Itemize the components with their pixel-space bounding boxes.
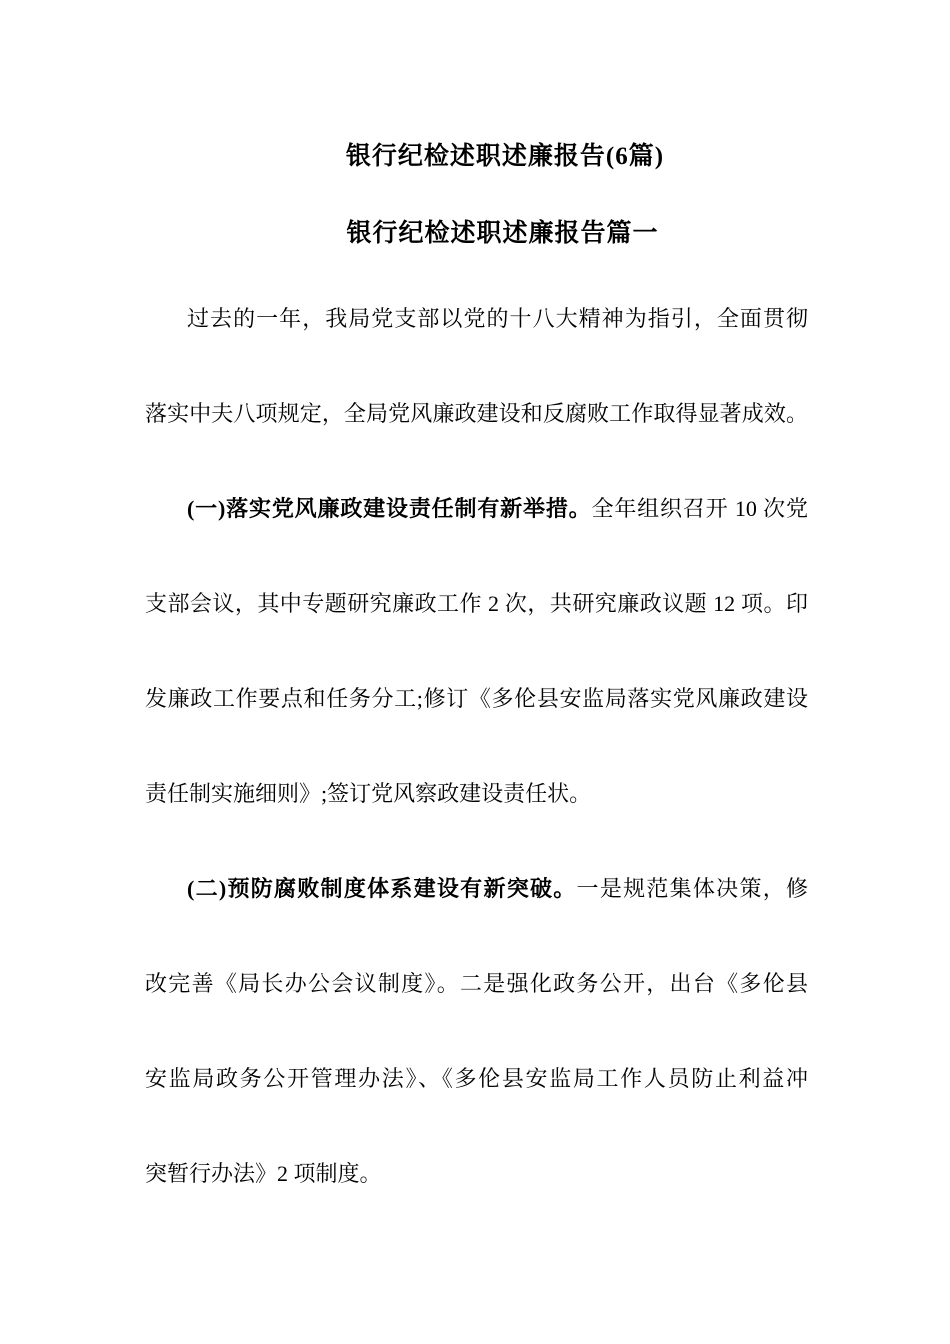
section-title: 银行纪检述职述廉报告篇一: [55, 218, 950, 250]
text-run: 支部会议，其中专题研究廉政工作 2 次，共研究廉政议题 12 项。印: [145, 591, 808, 616]
text-line: 改完善《局长办公会议制度》。二是强化政务公开，出台《多伦县: [145, 936, 808, 1031]
text-run: 全年组织召开 10 次党: [591, 496, 808, 521]
bold-run: (一)落实党风廉政建设责任制有新举措。: [187, 496, 591, 521]
text-run: 改完善《局长办公会议制度》。二是强化政务公开，出台《多伦县: [145, 971, 808, 996]
text-line: 过去的一年，我局党支部以党的十八大精神为指引，全面贯彻: [145, 271, 808, 366]
document-page: 银行纪检述职述廉报告(6篇) 银行纪检述职述廉报告篇一 过去的一年，我局党支部以…: [0, 0, 950, 1344]
text-run: 落实中夫八项规定，全局党风廉政建设和反腐败工作取得显著成效。: [145, 401, 808, 426]
document-title: 银行纪检述职述廉报告(6篇): [60, 0, 950, 173]
text-line: 突暂行办法》2 项制度。: [145, 1126, 808, 1221]
text-run: 突暂行办法》2 项制度。: [145, 1161, 382, 1186]
text-run: 过去的一年，我局党支部以党的十八大精神为指引，全面贯彻: [187, 306, 808, 331]
text-line: 支部会议，其中专题研究廉政工作 2 次，共研究廉政议题 12 项。印: [145, 556, 808, 651]
bold-run: (二)预防腐败制度体系建设有新突破。: [187, 876, 577, 901]
text-line: 安监局政务公开管理办法》、《多伦县安监局工作人员防止利益冲: [145, 1031, 808, 1126]
text-line: 责任制实施细则》;签订党风察政建设责任状。: [145, 746, 808, 841]
text-run: 责任制实施细则》;签订党风察政建设责任状。: [145, 781, 591, 806]
text-run: 安监局政务公开管理办法》、《多伦县安监局工作人员防止利益冲: [145, 1066, 808, 1091]
text-line: (一)落实党风廉政建设责任制有新举措。全年组织召开 10 次党: [145, 461, 808, 556]
text-run: 发廉政工作要点和任务分工;修订《多伦县安监局落实党风廉政建设: [145, 686, 808, 711]
text-run: 一是规范集体决策，修: [577, 876, 808, 901]
text-line: 落实中夫八项规定，全局党风廉政建设和反腐败工作取得显著成效。: [145, 366, 808, 461]
text-line: (二)预防腐败制度体系建设有新突破。一是规范集体决策，修: [145, 841, 808, 936]
text-line: 发廉政工作要点和任务分工;修订《多伦县安监局落实党风廉政建设: [145, 651, 808, 746]
document-body: 过去的一年，我局党支部以党的十八大精神为指引，全面贯彻 落实中夫八项规定，全局党…: [145, 271, 808, 1221]
